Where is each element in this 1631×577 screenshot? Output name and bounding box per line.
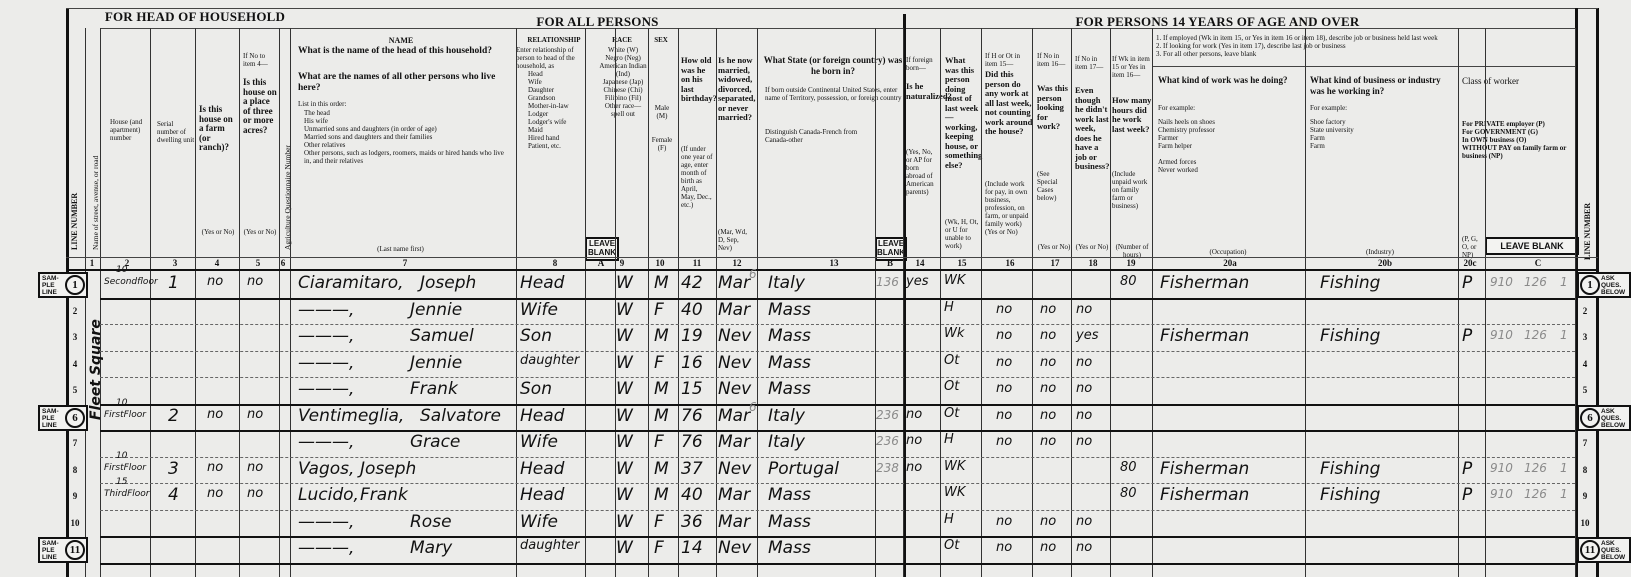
header-col20b-hint: (Industry) (1310, 248, 1450, 256)
birthplace: Mass (768, 353, 811, 373)
header-col17-pre: If No in item 16— (1037, 52, 1071, 68)
column-number: 20c (1455, 258, 1485, 268)
activity-last-week: H (944, 432, 954, 447)
column-number: 13 (819, 258, 849, 268)
line-number: 9 (66, 491, 84, 501)
age: 14 (681, 538, 703, 558)
line-number: 3 (66, 332, 84, 342)
sample-line-label: SAM-PLE LINE (42, 275, 62, 296)
line-number-circled: 11 (65, 540, 85, 560)
activity-last-week: Ot (944, 379, 959, 394)
looking-for-work: no (1040, 514, 1056, 529)
race: W (616, 512, 633, 532)
column-separator (150, 28, 151, 577)
has-job: no (1076, 434, 1092, 449)
sex: F (654, 512, 664, 532)
coding-c2: 126 (1524, 461, 1547, 475)
birthplace: Mass (768, 326, 811, 346)
header-col14-pre: If foreign born— (906, 56, 936, 72)
column-separator (1071, 28, 1072, 577)
row-separator-thick (100, 563, 1575, 565)
column-number: 6 (268, 258, 298, 268)
sex: F (654, 300, 664, 320)
section-title-underline (100, 28, 1575, 29)
header-col20-instructions: 1. If employed (Wk in item 15, or Yes in… (1156, 34, 1526, 58)
birthplace: Mass (768, 512, 811, 532)
relationship: Head (520, 485, 564, 505)
header-col20c-class: Class of worker (1462, 76, 1572, 86)
did-any-work: no (996, 328, 1012, 343)
column-separator (1152, 28, 1153, 577)
age: 16 (681, 353, 703, 373)
header-col7-q2: What are the names of all other persons … (298, 72, 503, 94)
header-col7-title: NAME (296, 36, 506, 45)
header-col17-hint: (See Special Cases below) (1037, 170, 1071, 202)
column-number-bottom-line (66, 269, 1598, 271)
race: W (616, 459, 633, 479)
coding-b: 236 (876, 408, 899, 422)
three-acres: no (247, 460, 263, 475)
did-any-work: no (996, 381, 1012, 396)
column-separator (757, 28, 758, 577)
column-number-top-line (66, 257, 1598, 258)
header-line-number-right: LINE NUMBER (1583, 190, 1592, 260)
line-number: 5 (66, 385, 84, 395)
last-name: ———, (298, 432, 354, 452)
ask-questions-label: ASK QUES. BELOW (1601, 275, 1625, 296)
column-separator (1032, 28, 1033, 577)
row-separator-dashed (100, 483, 1575, 484)
line-number-circled-right: 11 (1580, 540, 1600, 560)
header-col10-male: Male (M) (649, 104, 675, 120)
coding-c3: 1 (1560, 461, 1568, 475)
coding-c3: 1 (1560, 275, 1568, 289)
header-col5-hint: (Yes or No) (243, 228, 277, 236)
occupation: Fisherman (1160, 273, 1249, 293)
header-col20a-example: For example: (1158, 104, 1298, 112)
last-name: ———, (298, 538, 354, 558)
ask-questions-label: ASK QUES. BELOW (1601, 408, 1625, 429)
section-title-head-of-household: FOR HEAD OF HOUSEHOLD (100, 9, 290, 25)
first-name: Joseph (420, 273, 476, 293)
looking-for-work: no (1040, 381, 1056, 396)
sample-line-marker: SAM-PLE LINE6 (38, 405, 88, 431)
header-col10-title: SEX (648, 36, 674, 44)
line-number-right: 9 (1576, 491, 1594, 501)
column-separator (279, 28, 280, 577)
sample-line-label: SAM-PLE LINE (42, 408, 62, 429)
header-col7-hint: (Last name first) (298, 245, 503, 253)
header-col19-hint: (Include unpaid work on family farm or b… (1112, 170, 1152, 210)
activity-last-week: Ot (944, 353, 959, 368)
column-number: 1 (77, 258, 107, 268)
header-col20c-hint: (P, G, O, or NP) (1462, 235, 1484, 259)
has-job: no (1076, 540, 1092, 555)
sex: M (654, 273, 669, 293)
marital-status: Mar (718, 432, 750, 452)
marital-status: Mar (718, 512, 750, 532)
sex: M (654, 459, 669, 479)
column-separator (1458, 28, 1459, 577)
header-col20b-example: For example: (1310, 104, 1450, 112)
header-col20a-hint: (Occupation) (1158, 248, 1298, 256)
race: W (616, 300, 633, 320)
relationship: Son (520, 379, 552, 399)
class-of-worker: P (1462, 459, 1472, 479)
column-separator (981, 28, 982, 577)
header-col18-pre: If No in item 17— (1075, 55, 1109, 71)
header-col4-hint: (Yes or No) (201, 228, 235, 236)
ask-questions-label: ASK QUES. BELOW (1601, 540, 1625, 561)
house-apartment: FirstFloor (104, 410, 146, 420)
has-job: no (1076, 355, 1092, 370)
street-number: 10 (116, 398, 127, 408)
header-col15-activity: What was this person doing most of last … (945, 56, 981, 170)
last-name: ———, (298, 512, 354, 532)
occupation: Fisherman (1160, 485, 1249, 505)
line-number-right: 2 (1576, 306, 1594, 316)
header-col9-title: RACE (597, 36, 647, 44)
dwelling-serial: 3 (168, 459, 179, 479)
column-number: 14 (905, 258, 935, 268)
race: W (616, 406, 633, 426)
line-number: 4 (66, 359, 84, 369)
has-job: no (1076, 408, 1092, 423)
column-separator (875, 28, 876, 577)
header-col1-street: Name of street, avenue, or road (91, 140, 100, 250)
age: 76 (681, 406, 703, 426)
age: 19 (681, 326, 703, 346)
dwelling-serial: 2 (168, 406, 179, 426)
relationship: Wife (520, 512, 558, 532)
marital-status: Mar (718, 485, 750, 505)
column-separator (239, 28, 240, 577)
first-name: Rose (410, 512, 452, 532)
race: W (616, 432, 633, 452)
header-col2-house: House (and apartment) number (110, 118, 150, 142)
did-any-work: no (996, 408, 1012, 423)
column-number: 8 (540, 258, 570, 268)
column-number: 11 (682, 258, 712, 268)
header-col3-serial: Serial number of dwelling unit (157, 120, 195, 144)
age: 40 (681, 300, 703, 320)
row-separator-dashed (100, 510, 1575, 511)
birthplace: Italy (768, 432, 805, 452)
house-apartment: FirstFloor (104, 463, 146, 473)
did-any-work: no (996, 434, 1012, 449)
three-acres: no (247, 407, 263, 422)
looking-for-work: no (1040, 434, 1056, 449)
relationship: Wife (520, 432, 558, 452)
coding-c2: 126 (1524, 487, 1547, 501)
marital-status: Nev (718, 538, 751, 558)
header-col13-birthplace: What State (or foreign country) was he b… (763, 55, 903, 77)
column-number: 9 (607, 258, 637, 268)
column-number: 20a (1215, 258, 1245, 268)
activity-last-week: Ot (944, 538, 959, 553)
birthplace: Italy (768, 273, 805, 293)
header-col7-q1: What is the name of the head of this hou… (298, 46, 503, 57)
birthplace: Mass (768, 300, 811, 320)
row-separator-dashed (100, 457, 1575, 458)
header-col16-hint: (Include work for pay, in own business, … (985, 180, 1033, 236)
activity-last-week: H (944, 300, 954, 315)
on-farm: no (207, 486, 223, 501)
first-name: Frank (410, 379, 458, 399)
column-number: 19 (1116, 258, 1146, 268)
coding-c2: 126 (1524, 275, 1547, 289)
coding-c1: 910 (1490, 275, 1513, 289)
header-col20a-list: Nails heels on shoes Chemistry professor… (1158, 118, 1298, 174)
activity-last-week: WK (944, 273, 965, 288)
header-col5-acres: Is this house on a place of three or mor… (243, 78, 277, 135)
coding-b: 236 (876, 434, 899, 448)
column-number: 16 (995, 258, 1025, 268)
margin-note-street: Fleet Square (88, 300, 104, 420)
industry: Fishing (1320, 273, 1380, 293)
row-separator-dashed (100, 377, 1575, 378)
coding-c1: 910 (1490, 328, 1513, 342)
sex: M (654, 406, 669, 426)
relationship: Son (520, 326, 552, 346)
race: W (616, 326, 633, 346)
column-number: 3 (160, 258, 190, 268)
last-name: Ciaramitaro, (298, 273, 404, 293)
column-number: C (1523, 258, 1553, 268)
column-separator (516, 28, 517, 577)
coding-b: 136 (876, 275, 899, 289)
did-any-work: no (996, 514, 1012, 529)
marital-status: Nev (718, 326, 751, 346)
marital-status: Nev (718, 379, 751, 399)
looking-for-work: no (1040, 302, 1056, 317)
column-number: 20b (1370, 258, 1400, 268)
column-separator (290, 28, 291, 577)
sample-line-marker: SAM-PLE LINE11 (38, 537, 88, 563)
header-col11-age: How old was he on his last birthday? (681, 56, 713, 104)
column-separator (1110, 28, 1111, 577)
marital-status: Mar (718, 273, 750, 293)
birthplace: Mass (768, 379, 811, 399)
occupation: Fisherman (1160, 459, 1249, 479)
row-separator-dashed (100, 324, 1575, 325)
sex: M (654, 485, 669, 505)
relationship: Head (520, 273, 564, 293)
relationship: Head (520, 459, 564, 479)
marital-status: Nev (718, 459, 751, 479)
line-number-right: 10 (1576, 518, 1594, 528)
sex: F (654, 353, 664, 373)
three-acres: no (247, 274, 263, 289)
header-col18-yn: (Yes or No) (1075, 243, 1109, 251)
column-number: 18 (1078, 258, 1108, 268)
first-name: Grace (410, 432, 460, 452)
row-separator-dashed (100, 351, 1575, 352)
did-any-work: no (996, 540, 1012, 555)
race: W (616, 273, 633, 293)
column-separator (585, 28, 586, 577)
header-col20c-list: For PRIVATE employer (P) For GOVERNMENT … (1462, 120, 1570, 160)
relationship: Wife (520, 300, 558, 320)
header-col14-hint: (Yes, No, or AP for born abroad of Ameri… (906, 148, 936, 196)
looking-for-work: no (1040, 408, 1056, 423)
line-number: 7 (66, 438, 84, 448)
birthplace: Mass (768, 485, 811, 505)
line-number-circled: 6 (65, 408, 85, 428)
ask-questions-below-marker: 1ASK QUES. BELOW (1577, 272, 1631, 298)
column-separator (1485, 28, 1486, 577)
header-col11-hint: (If under one year of age, enter month o… (681, 145, 713, 209)
header-col19-pre: If Wk in item 15 or Yes in item 16— (1112, 55, 1152, 79)
sex: F (654, 538, 664, 558)
line-number-right: 8 (1576, 465, 1594, 475)
header-col10-female: Female (F) (649, 136, 675, 152)
header-col8-desc: Enter relationship of person to head of … (516, 46, 592, 70)
looking-for-work: no (1040, 540, 1056, 555)
activity-last-week: Ot (944, 406, 959, 421)
column-number: 4 (202, 258, 232, 268)
three-acres: no (247, 486, 263, 501)
marital-mark: 6 (749, 267, 757, 281)
column-separator (648, 28, 649, 577)
has-job: no (1076, 381, 1092, 396)
looking-for-work: no (1040, 355, 1056, 370)
column-separator (85, 28, 86, 577)
header-col15-hint: (Wk, H, Ot, or U for unable to work) (945, 218, 981, 250)
industry: Fishing (1320, 485, 1380, 505)
coding-b: 238 (876, 461, 899, 475)
column-number: 7 (390, 258, 420, 268)
hours-worked: 80 (1120, 460, 1137, 475)
house-apartment: Secondfloor (104, 277, 158, 287)
class-of-worker: P (1462, 273, 1472, 293)
did-any-work: no (996, 355, 1012, 370)
street-number: 10 (116, 265, 127, 275)
first-name: Jennie (410, 300, 462, 320)
last-name: ———, (298, 379, 354, 399)
header-col13-desc1: If born outside Continental United State… (765, 86, 903, 102)
marital-status: Mar (718, 300, 750, 320)
header-col8-title: RELATIONSHIP (514, 36, 594, 44)
col20-instructions-underline (1152, 66, 1575, 67)
coding-c1: 910 (1490, 461, 1513, 475)
age: 42 (681, 273, 703, 293)
coding-c3: 1 (1560, 487, 1568, 501)
line-number-circled-right: 1 (1580, 275, 1600, 295)
frame-top-line (66, 8, 1598, 9)
race: W (616, 353, 633, 373)
age: 15 (681, 379, 703, 399)
street-number: 15 (116, 477, 127, 487)
age: 76 (681, 432, 703, 452)
census-form-page: FOR HEAD OF HOUSEHOLD FOR ALL PERSONS FO… (0, 0, 1631, 577)
line-number-right: 5 (1576, 385, 1594, 395)
hours-worked: 80 (1120, 274, 1137, 289)
sex: F (654, 432, 664, 452)
industry: Fishing (1320, 326, 1380, 346)
line-number-circled-right: 6 (1580, 408, 1600, 428)
class-of-worker: P (1462, 326, 1472, 346)
activity-last-week: WK (944, 459, 965, 474)
column-number: 17 (1040, 258, 1070, 268)
relationship: daughter (520, 353, 579, 368)
race: W (616, 538, 633, 558)
coding-c3: 1 (1560, 328, 1568, 342)
age: 40 (681, 485, 703, 505)
marital-mark: 6 (749, 400, 757, 414)
sample-line-marker: SAM-PLE LINE1 (38, 272, 88, 298)
column-separator (1305, 28, 1306, 577)
coding-c1: 910 (1490, 487, 1513, 501)
on-farm: no (207, 460, 223, 475)
sex: M (654, 379, 669, 399)
line-number: 2 (66, 306, 84, 316)
header-col5-pre: If No to item 4— (243, 52, 275, 68)
line-number: 8 (66, 465, 84, 475)
header-col18-job: Even though he didn't work last week, do… (1075, 86, 1109, 172)
first-name: Jennie (410, 353, 462, 373)
activity-last-week: H (944, 512, 954, 527)
on-farm: no (207, 274, 223, 289)
header-col4-farm: Is this house on a farm (or ranch)? (199, 105, 235, 153)
age: 37 (681, 459, 703, 479)
first-name: Frank (360, 485, 408, 505)
first-name: Salvatore (420, 406, 501, 426)
birthplace: Portugal (768, 459, 839, 479)
column-separator (678, 28, 679, 577)
column-separator (195, 28, 196, 577)
column-separator (716, 28, 717, 577)
marital-status: Mar (718, 406, 750, 426)
last-name: Ventimeglia, (298, 406, 404, 426)
hours-worked: 80 (1120, 486, 1137, 501)
has-job: no (1076, 302, 1092, 317)
sample-line-label: SAM-PLE LINE (42, 540, 62, 561)
header-col16-pre: If H or Ot in item 15— (985, 52, 1030, 68)
column-number: 10 (645, 258, 675, 268)
line-number-circled: 1 (65, 275, 85, 295)
on-farm: no (207, 407, 223, 422)
header-col14-naturalized: Is he naturalized? (906, 82, 938, 101)
header-col19-hours: How many hours did he work last week? (1112, 96, 1152, 134)
ask-questions-below-marker: 11ASK QUES. BELOW (1577, 537, 1631, 563)
has-job: no (1076, 514, 1092, 529)
naturalized: no (906, 460, 922, 475)
last-name: Lucido, (298, 485, 359, 505)
first-name: Joseph (360, 459, 416, 479)
column-number: B (875, 258, 905, 268)
header-col9-list: White (W) Negro (Neg) American Indian (I… (599, 46, 647, 118)
header-col7-list-title: List in this order: (298, 100, 503, 108)
leave-blank-box-c: LEAVE BLANK (1485, 237, 1579, 255)
header-col17-looking: Was this person looking for work? (1037, 84, 1071, 132)
first-name: Mary (410, 538, 452, 558)
industry: Fishing (1320, 459, 1380, 479)
birthplace: Mass (768, 538, 811, 558)
class-of-worker: P (1462, 485, 1472, 505)
line-number: 10 (66, 518, 84, 528)
column-separator (903, 28, 904, 577)
header-col20a-occupation: What kind of work was he doing? (1158, 75, 1303, 86)
race: W (616, 485, 633, 505)
header-col20b-list: Shoe factory State university Farm Farm (1310, 118, 1450, 150)
column-number: 15 (947, 258, 977, 268)
activity-last-week: WK (944, 485, 965, 500)
relationship: daughter (520, 538, 579, 553)
header-col20b-industry: What kind of business or industry was he… (1310, 75, 1450, 97)
age: 36 (681, 512, 703, 532)
looking-for-work: no (1040, 328, 1056, 343)
